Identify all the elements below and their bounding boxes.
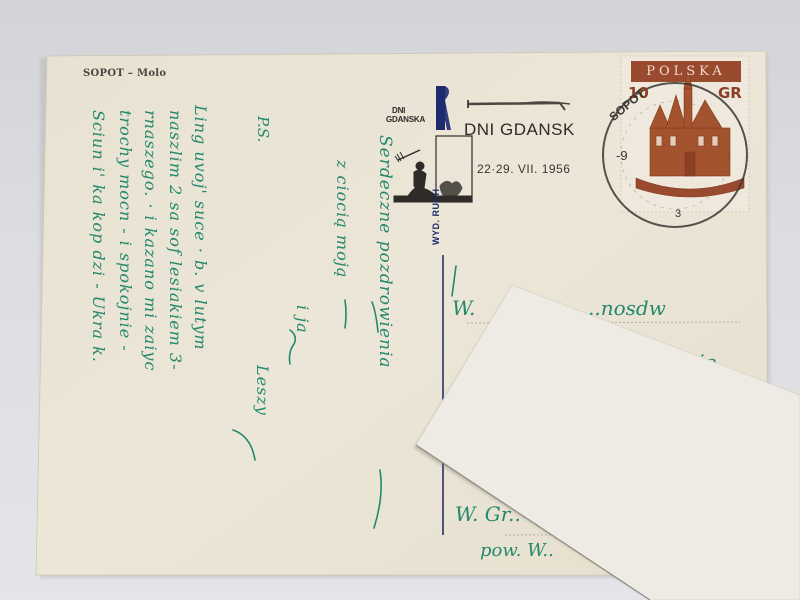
message-ps: P.S. [254,116,272,142]
greeting-line: i ja [293,305,312,334]
greeting-line: z ciocią moją [333,160,352,278]
slogan-small-line2: GDANSKA [386,115,425,124]
postmark-date: -9 [616,148,628,163]
message-line: naszlim 2 sa sof lesiakiem 3- [166,110,185,371]
publisher-imprint: WYD. RUCH [431,189,441,246]
address-line2: ...owie [650,350,716,374]
stamp-country: POLSKA [631,62,741,82]
address-line3: W. Gr.. [455,502,521,526]
slogan-title: DNI GDANSK [464,120,575,140]
address-line1-prefix: W. [452,296,475,320]
address-line4: pow. W.. [480,540,554,561]
greeting-line: Leszy [253,365,272,416]
message-line: trochy mocn - i spokojnie - [116,110,135,352]
slogan-dates: 22·29. VII. 1956 [477,162,570,176]
slogan-small-line1: DNI [392,106,405,115]
stamp-city: WROCŁAW [660,180,711,188]
stamp-unit: GR [718,84,742,102]
message-line: Ling uvoj' suce · b. v lutym [191,105,210,351]
postmark-number: 3 [675,208,681,220]
message-line: rnaszego. · i kazano mi zaiyc [141,110,160,371]
postcard-caption: SOPOT – Molo [83,68,166,79]
message-line: Sciun i' ka kop dzi - Ukra k. [89,110,108,363]
greeting-line: Serdeczne pozdrowienia [375,135,395,369]
address-line1: ..nosdw [588,296,666,320]
